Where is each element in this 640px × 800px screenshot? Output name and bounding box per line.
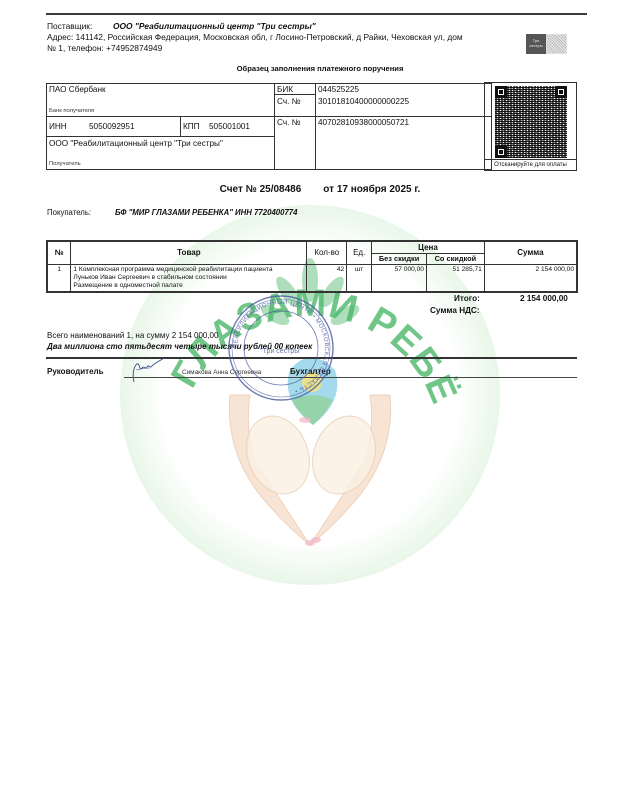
buyer-block: Покупатель:БФ "МИР ГЛАЗАМИ РЕБЕНКА" ИНН … [47, 208, 297, 217]
payment-qr-box: Отсканируйте для оплаты [484, 82, 577, 171]
logo-mark: Три сестры [526, 34, 546, 54]
table-row: 1 1 Комплексная программа медицинской ре… [47, 264, 577, 292]
cell-sum: 2 154 000,00 [484, 264, 577, 292]
invoice-number: Счет № 25/08486 [220, 184, 302, 195]
kpp-value: 505001001 [209, 122, 250, 131]
bank-details-table: ПАО Сбербанк Банк получателя БИК 0445252… [46, 83, 492, 170]
col-header-unit: Ед. [347, 241, 372, 264]
inn-value: 5050092951 [89, 122, 135, 131]
corr-account-label: Сч. № [277, 97, 300, 106]
cell-qty: 42 [307, 264, 347, 292]
col-header-qty: Кол-во [307, 241, 347, 264]
qr-finder-icon [555, 86, 567, 98]
supplier-label: Поставщик: [47, 21, 113, 32]
director-label: Руководитель [47, 367, 104, 376]
bank-name: ПАО Сбербанк [49, 85, 106, 94]
bik-value: 044525225 [318, 85, 359, 94]
logo-pattern [546, 34, 567, 54]
buyer-label: Покупатель: [47, 208, 115, 217]
qr-finder-icon [495, 146, 507, 158]
cell-unit: шт [347, 264, 372, 292]
stamp-center-text: "Три сестры" [260, 348, 302, 355]
product-line1: 1 Комплексная программа медицинской реаб… [73, 266, 304, 274]
col-header-num: № [47, 241, 71, 264]
invoice-page: МИР ГЛАЗАМИ РЕБЁНКА Поставщик:ООО "Реаби… [0, 0, 640, 800]
supplier-logo: Три сестры [526, 34, 568, 54]
corr-account-value: 30101810400000000225 [318, 97, 409, 106]
col-header-sum: Сумма [484, 241, 577, 264]
account-label: Сч. № [277, 118, 300, 127]
invoice-date: от 17 ноября 2025 г. [323, 184, 420, 195]
supplier-name: ООО "Реабилитационный центр "Три сестры" [113, 21, 316, 31]
cell-price-no-discount: 57 000,00 [372, 264, 427, 292]
recipient-name: ООО "Реабилитационный центр "Три сестры" [49, 139, 223, 148]
cell-product: 1 Комплексная программа медицинской реаб… [71, 264, 307, 292]
bik-label: БИК [277, 85, 293, 94]
supplier-address-line1: Адрес: 141142, Российская Федерация, Мос… [47, 32, 517, 43]
product-line2: Луньков Иван Сергеевич в стабильном сост… [73, 274, 304, 282]
invoice-title: Счет № 25/08486от 17 ноября 2025 г. [0, 184, 640, 195]
supplier-block: Поставщик:ООО "Реабилитационный центр "Т… [47, 21, 517, 54]
col-header-product: Товар [71, 241, 307, 264]
cell-price-discount: 51 285,71 [426, 264, 484, 292]
account-value: 40702810938000050721 [318, 118, 409, 127]
total-label: Итого: [454, 294, 480, 303]
vat-label: Сумма НДС: [430, 306, 480, 315]
recipient-label: Получатель [49, 161, 81, 167]
col-header-price-discount: Со скидкой [426, 253, 484, 264]
inn-label: ИНН [49, 122, 67, 131]
supplier-address-line2: № 1, телефон: +74952874949 [47, 43, 517, 54]
top-rule [46, 13, 587, 15]
product-line3: Размещение в одноместной палате [73, 282, 304, 290]
buyer-value: БФ "МИР ГЛАЗАМИ РЕБЕНКА" ИНН 7720400774 [115, 208, 297, 217]
kpp-label: КПП [183, 122, 200, 131]
signature-line [124, 377, 577, 378]
cell-num: 1 [47, 264, 71, 292]
items-table: № Товар Кол-во Ед. Цена Сумма Без скидки… [46, 240, 578, 293]
qr-finder-icon [495, 86, 507, 98]
payment-sample-title: Образец заполнения платежного поручения [0, 64, 640, 73]
company-stamp: РЕАБИЛИТАЦИОННЫЙ ЦЕНТР • МОСКОВСКАЯ ОБЛА… [226, 293, 336, 403]
signature-icon [128, 356, 168, 386]
col-header-price: Цена [372, 241, 485, 253]
total-value: 2 154 000,00 [520, 294, 568, 303]
qr-caption: Отсканируйте для оплаты [485, 159, 576, 170]
col-header-price-no-discount: Без скидки [372, 253, 427, 264]
bank-label: Банк получателя [49, 108, 94, 114]
